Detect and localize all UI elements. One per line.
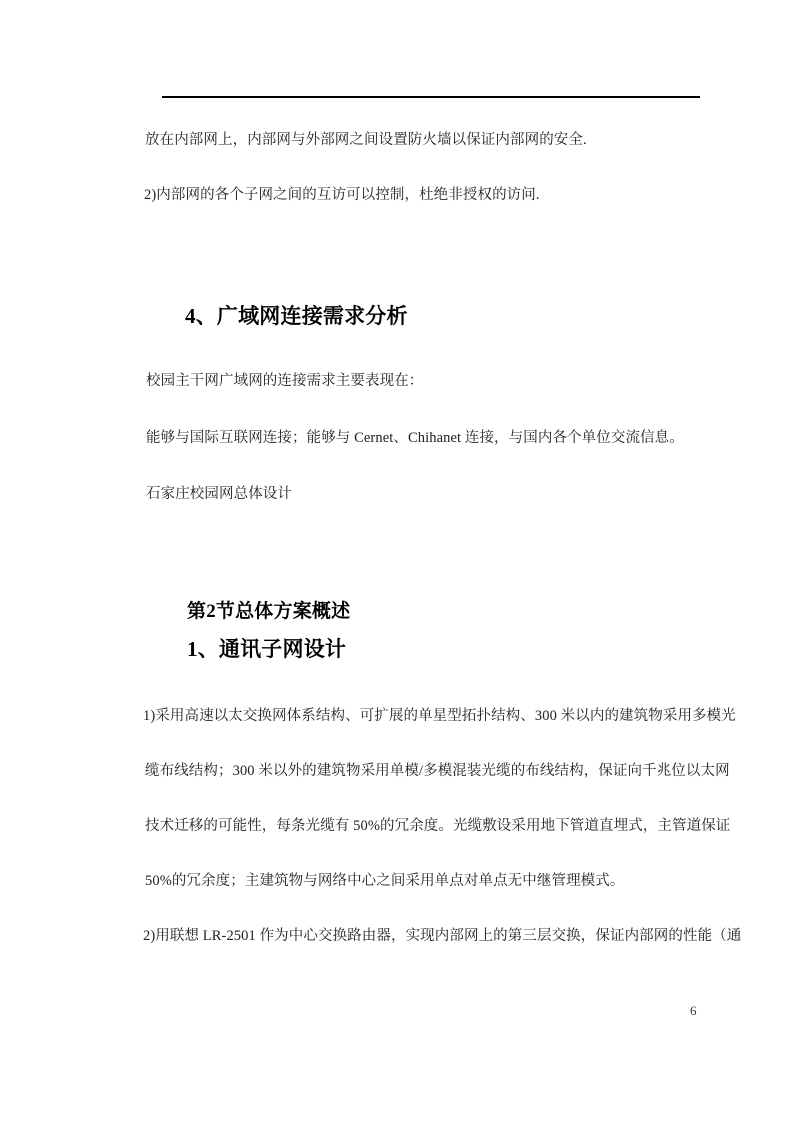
header-rule [162, 96, 700, 98]
paragraph-comm-subnet-line: 缆布线结构；300 米以外的建筑物采用单模/多模混装光缆的布线结构，保证向千兆位… [145, 762, 730, 781]
paragraph-comm-subnet-line: 50%的冗余度；主建筑物与网络中心之间采用单点对单点无中继管理模式。 [145, 872, 624, 891]
paragraph-wan-intro: 校园主干网广域网的连接需求主要表现在： [146, 372, 423, 391]
paragraph-comm-subnet-line: 1)采用高速以太交换网体系结构、可扩展的单星型拓扑结构、300 米以内的建筑物采… [143, 707, 736, 726]
paragraph-wan-connect: 能够与国际互联网连接；能够与 Cernet、Chihanet 连接，与国内各个单… [146, 429, 684, 448]
paragraph-router: 2)用联想 LR-2501 作为中心交换路由器，实现内部网上的第三层交换，保证内… [143, 927, 741, 946]
paragraph-comm-subnet-line: 技术迁移的可能性，每条光缆有 50%的冗余度。光缆敷设采用地下管道直埋式，主管道… [145, 817, 730, 836]
heading-section2-overview: 第2节总体方案概述 [187, 601, 350, 624]
paragraph-subnet-access: 2)内部网的各个子网之间的互访可以控制，杜绝非授权的访问. [144, 186, 540, 205]
page-number: 6 [690, 1003, 697, 1019]
paragraph-design-title: 石家庄校园网总体设计 [146, 485, 292, 504]
heading-wan-requirements: 4、广域网连接需求分析 [185, 304, 408, 329]
heading-comm-subnet-design: 1、通讯子网设计 [187, 637, 346, 662]
paragraph-firewall: 放在内部网上，内部网与外部网之间设置防火墙以保证内部网的安全. [145, 131, 587, 150]
document-page: 放在内部网上，内部网与外部网之间设置防火墙以保证内部网的安全. 2)内部网的各个… [0, 0, 793, 1122]
